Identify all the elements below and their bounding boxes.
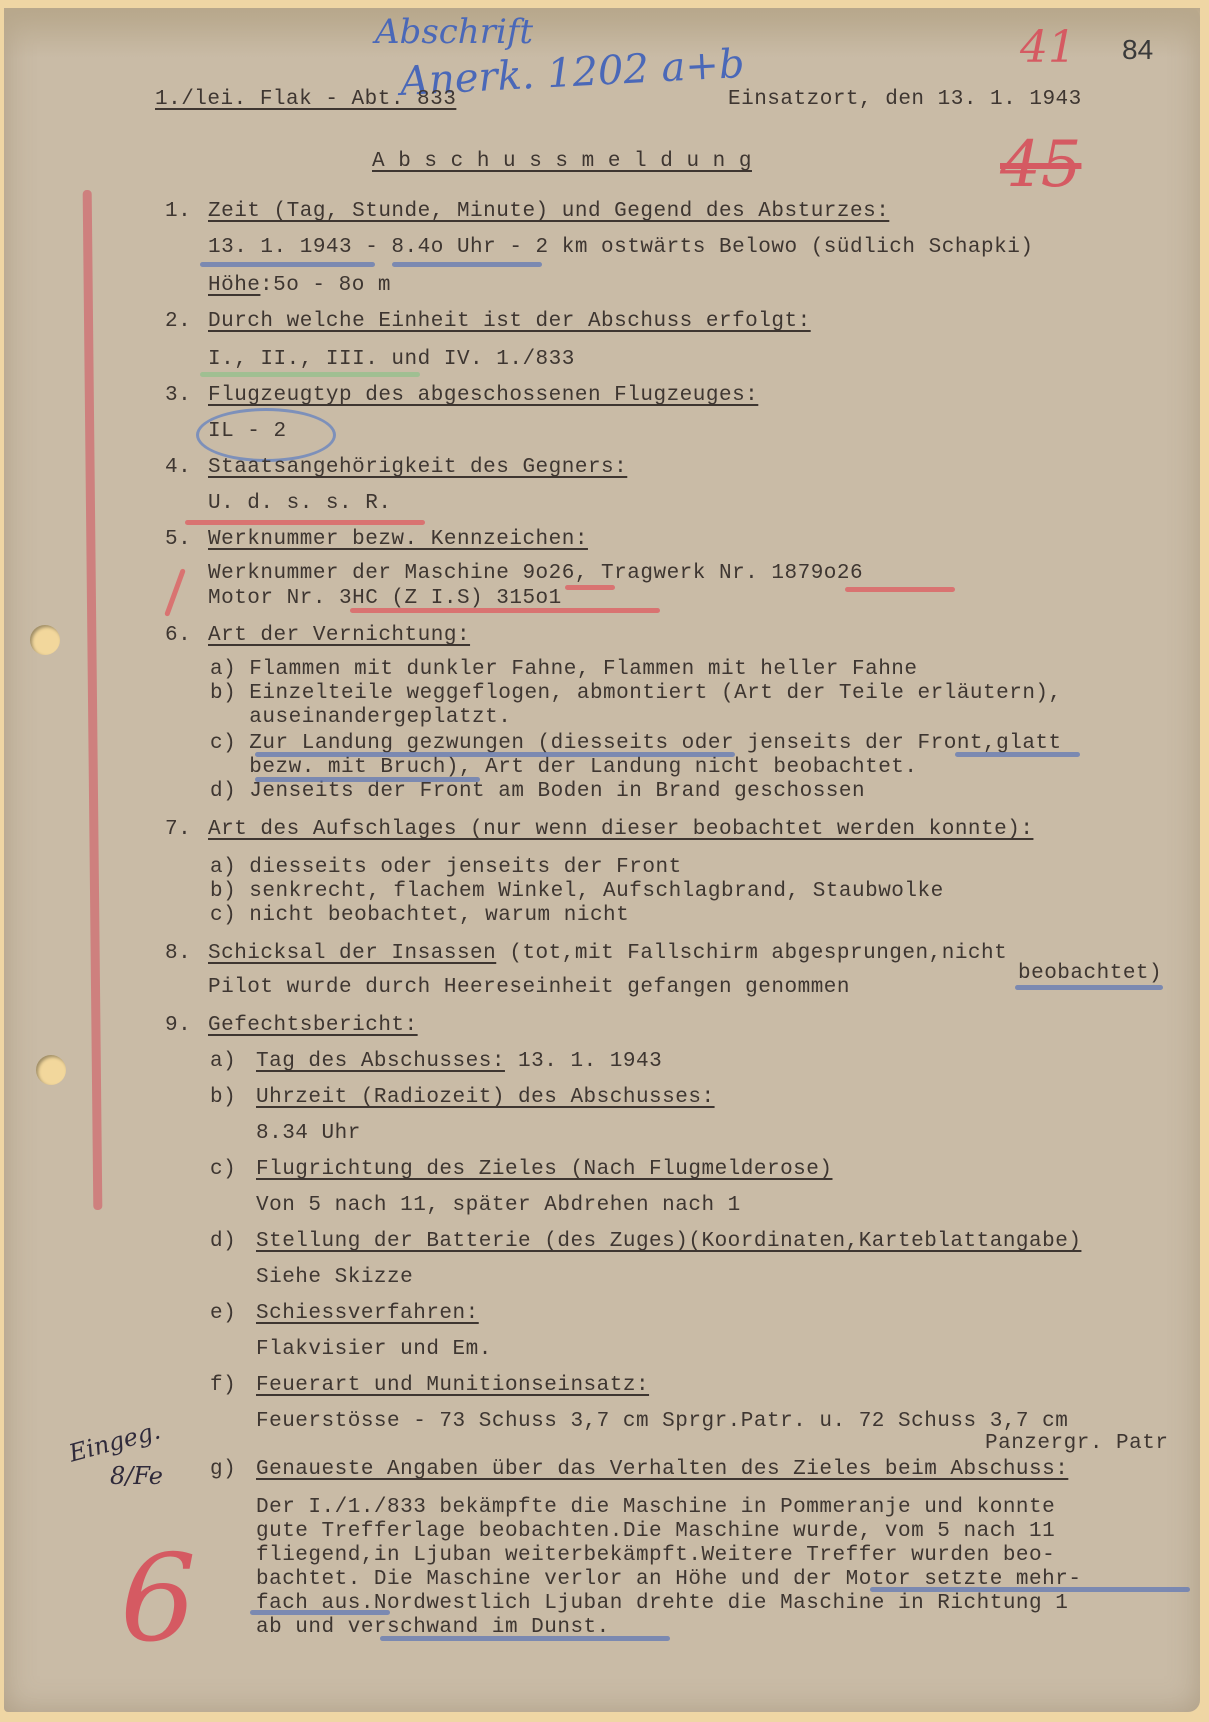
section-4-number: 4. [165, 456, 191, 480]
margin-note-line2: 8/Fe [110, 1462, 163, 1490]
section-4-value: U. d. s. s. R. [208, 492, 391, 516]
section-9f-value-line1: Feuerstösse - 73 Schuss 3,7 cm Sprgr.Pat… [256, 1410, 1068, 1434]
section-9g-line3: fliegend,in Ljuban weiterbekämpft.Weiter… [256, 1544, 1055, 1568]
section-9b-letter: b) [210, 1086, 236, 1110]
section-1-height-value: :5o - 8o m [260, 274, 391, 298]
page-number: 84 [1122, 34, 1153, 66]
section-9g-line1: Der I./1./833 bekämpfte die Maschine in … [256, 1496, 1055, 1520]
section-9e-value: Flakvisier und Em. [256, 1338, 492, 1362]
section-7-item-a: a) diesseits oder jenseits der Front [210, 856, 682, 880]
section-6-label: Art der Vernichtung: [208, 624, 470, 648]
section-9-label: Gefechtsbericht: [208, 1014, 418, 1038]
section-8-label-wrap: Schicksal der Insassen (tot,mit Fallschi… [208, 942, 1007, 966]
section-4-label: Staatsangehörigkeit des Gegners: [208, 456, 627, 480]
section-9f-letter: f) [210, 1374, 236, 1398]
section-9e-label: Schiessverfahren: [256, 1302, 479, 1326]
section-8-label: Schicksal der Insassen [208, 942, 496, 965]
red-underline [845, 587, 955, 592]
section-6-item-b-cont: auseinandergeplatzt. [210, 706, 511, 730]
section-9d-value: Siehe Skizze [256, 1266, 413, 1290]
section-1-number: 1. [165, 200, 191, 224]
section-1-height-label: Höhe [208, 274, 260, 298]
section-9a-label: Tag des Abschusses: [256, 1050, 505, 1073]
section-9b-label: Uhrzeit (Radiozeit) des Abschusses: [256, 1086, 715, 1110]
section-9g-line2: gute Trefferlage beobachten.Die Maschine… [256, 1520, 1055, 1544]
blue-underline [1015, 985, 1163, 990]
punch-hole-bottom [36, 1055, 66, 1085]
handwritten-red-number-struck: 45 [1000, 128, 1081, 202]
section-9g-letter: g) [210, 1458, 236, 1482]
section-9a-value: 13. 1. 1943 [505, 1050, 662, 1073]
document-title: A b s c h u s s m e l d u n g [372, 150, 752, 174]
section-9e-letter: e) [210, 1302, 236, 1326]
section-3-number: 3. [165, 384, 191, 408]
blue-circle-mark [196, 408, 336, 462]
section-5-value-line1: Werknummer der Maschine 9o26, Tragwerk N… [208, 562, 863, 586]
blue-underline [250, 1610, 390, 1615]
section-9f-value-line2: Panzergr. Patr [985, 1432, 1168, 1456]
section-8-label-rest: (tot,mit Fallschirm abgesprungen,nicht [496, 942, 1007, 965]
blue-underline [392, 262, 542, 267]
section-8-value: Pilot wurde durch Heereseinheit gefangen… [208, 976, 850, 1000]
blue-underline [380, 1636, 670, 1641]
section-9f-label: Feuerart und Munitionseinsatz: [256, 1374, 649, 1398]
punch-hole-top [30, 625, 60, 655]
section-1-value: 13. 1. 1943 - 8.4o Uhr - 2 km ostwärts B… [208, 236, 1033, 260]
section-5-label: Werknummer bezw. Kennzeichen: [208, 528, 588, 552]
red-underline [565, 585, 615, 590]
section-9b-value: 8.34 Uhr [256, 1122, 361, 1146]
section-8-number: 8. [165, 942, 191, 966]
section-2-label: Durch welche Einheit ist der Abschuss er… [208, 310, 811, 334]
section-2-number: 2. [165, 310, 191, 334]
section-7-item-b: b) senkrecht, flachem Winkel, Aufschlagb… [210, 880, 944, 904]
section-7-number: 7. [165, 818, 191, 842]
handwritten-abschrift: Abschrift [375, 12, 533, 52]
blue-underline [200, 262, 375, 267]
red-underline [185, 520, 425, 525]
unit-header: 1./lei. Flak - Abt. 833 [155, 88, 456, 112]
section-7-label: Art des Aufschlages (nur wenn dieser beo… [208, 818, 1033, 842]
section-2-value: I., II., III. und IV. 1./833 [208, 348, 575, 372]
green-underline [200, 372, 420, 377]
section-6-item-a: a) Flammen mit dunkler Fahne, Flammen mi… [210, 658, 918, 682]
place-date: Einsatzort, den 13. 1. 1943 [728, 88, 1082, 112]
blue-underline [255, 752, 735, 757]
section-9a-letter: a) [210, 1050, 236, 1074]
section-9d-letter: d) [210, 1230, 236, 1254]
red-underline [350, 608, 660, 613]
section-6-item-b: b) Einzelteile weggeflogen, abmontiert (… [210, 682, 1062, 706]
handwritten-red-number-bottom: 6 [120, 1530, 196, 1669]
blue-underline [255, 777, 480, 782]
section-9d-label: Stellung der Batterie (des Zuges)(Koordi… [256, 1230, 1081, 1254]
section-9c-letter: c) [210, 1158, 236, 1182]
section-9g-label: Genaueste Angaben über das Verhalten des… [256, 1458, 1068, 1482]
section-3-label: Flugzeugtyp des abgeschossenen Flugzeuge… [208, 384, 758, 408]
blue-underline [955, 752, 1080, 757]
section-9a-row: Tag des Abschusses: 13. 1. 1943 [256, 1050, 662, 1074]
blue-underline [870, 1587, 1190, 1592]
section-9-number: 9. [165, 1014, 191, 1038]
section-6-item-d: d) Jenseits der Front am Boden in Brand … [210, 780, 865, 804]
section-7-item-c: c) nicht beobachtet, warum nicht [210, 904, 629, 928]
section-9c-value: Von 5 nach 11, später Abdrehen nach 1 [256, 1194, 741, 1218]
handwritten-red-number-top: 41 [1020, 22, 1076, 73]
section-5-number: 5. [165, 528, 191, 552]
section-1-label: Zeit (Tag, Stunde, Minute) und Gegend de… [208, 200, 889, 224]
section-6-number: 6. [165, 624, 191, 648]
section-9c-label: Flugrichtung des Zieles (Nach Flugmelder… [256, 1158, 833, 1182]
section-8-label-cont: beobachtet) [1018, 962, 1162, 986]
